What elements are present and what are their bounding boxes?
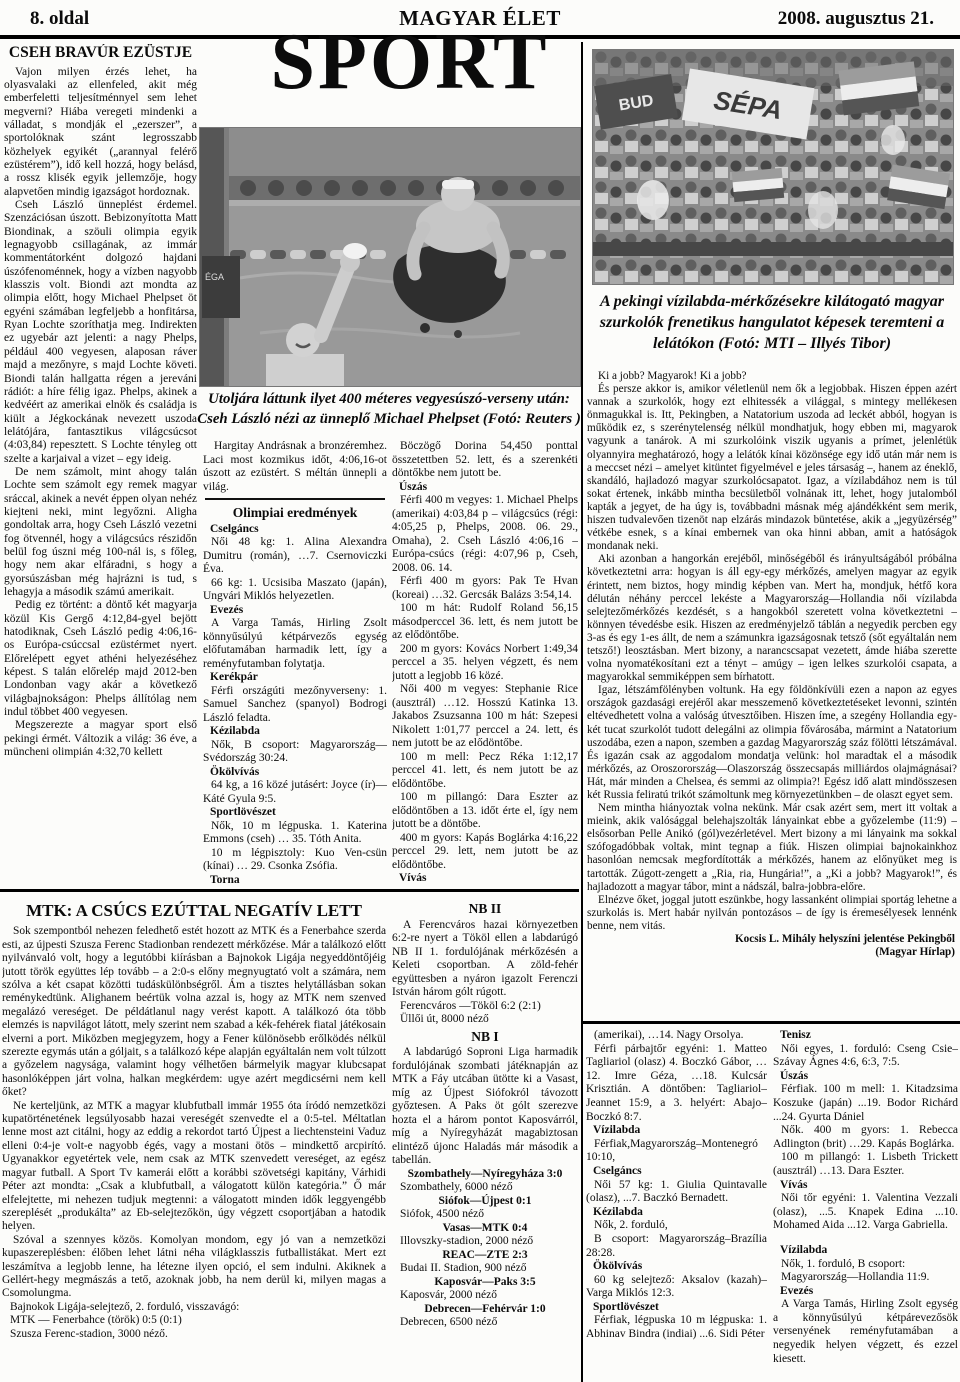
result-line: (amerikai), …14. Nagy Orsolya. <box>586 1029 767 1043</box>
result-line: 64 kg, a 16 közé jutásért: Joyce (ír)—Ká… <box>203 779 387 806</box>
nb-line: A labdarúgó Soproni Liga harmadik fordul… <box>392 1046 578 1168</box>
result-line: Sportlövészet <box>586 1301 767 1315</box>
mtk-article-title: MTK: A CSÚCS EZÚTTAL NEGATÍV LETT <box>2 901 386 921</box>
result-line: Olimpiai eredmények <box>203 503 387 523</box>
result-line: 200 m gyors: Kovács Norbert 1:49,34 perc… <box>392 643 578 684</box>
peking-article-paragraph: Elnézve őket, joggal jutott eszünkbe, ho… <box>587 894 957 933</box>
result-line: Cselgáncs <box>203 523 387 537</box>
result-line: Torna <box>203 874 387 887</box>
mtk-article-body: Sok szempontból nehezen feledhető estét … <box>2 925 386 1341</box>
cseh-article-paragraph: Megszerezte a magyar sport első pekingi … <box>4 719 197 759</box>
result-line: Férfi 400 m gyors: Pak Te Hvan (koreai) … <box>392 575 578 602</box>
result-line: Női 400 m vegyes: Stephanie Rice (ausztr… <box>392 683 578 751</box>
result-line: Kézilabda <box>203 725 387 739</box>
result-line: Cselgáncs <box>586 1165 767 1179</box>
nb-line: Debrecen—Fehérvár 1:0 <box>392 1303 578 1317</box>
mtk-article-paragraph: MTK — Fenerbahce (török) 0:5 (0:1) <box>2 1314 386 1327</box>
result-line: Vízilabda <box>586 1124 767 1138</box>
cseh-article: CSEH BRAVÚR EZÜSTJE Vajon milyen érzés l… <box>4 44 197 888</box>
nb-line: Siófok, 4500 néző <box>392 1208 578 1222</box>
caption-line-2: Cseh László nézi az ünneplő Michael Phel… <box>197 410 581 430</box>
nb-line: Szombathely—Nyíregyháza 3:0 <box>392 1168 578 1182</box>
result-line: 60 kg selejtező: Aksalov (kazah)– Varga … <box>586 1274 767 1301</box>
olympic-results-col2: Böczögő Dorina 54,450 ponttal összetettb… <box>392 440 578 887</box>
result-line: Magyarország—Hollandia 11:9. <box>773 1271 958 1285</box>
section-rule-left <box>0 889 579 892</box>
nb-line: Kaposvár, 2000 néző <box>392 1289 578 1303</box>
result-line: Vízilabda <box>773 1244 958 1258</box>
peking-article-paragraph: Igaz, létszámfölényben voltunk. Ha egy f… <box>587 684 957 802</box>
peking-article-paragraph: Aki azonban a hangorkán erejéből, minősé… <box>587 553 957 684</box>
nb-line: Üllői út, 8000 néző <box>392 1013 578 1027</box>
cseh-article-paragraph: Pedig ez történt: a döntő két magyarja k… <box>4 599 197 719</box>
caption-line-1: Utoljára láttunk ilyet 400 méteres vegye… <box>197 390 581 410</box>
result-line: Nők, 1. forduló, B csoport: <box>773 1258 958 1272</box>
swimmers-photo: ÉGA <box>200 128 580 386</box>
result-line: A Varga Tamás, Hirling Zsolt könnyűsúlyú… <box>203 617 387 671</box>
result-line: Ökölvívás <box>586 1260 767 1274</box>
result-line: Kerékpár <box>203 671 387 685</box>
result-line: A Varga Tamás, Hirling Zsolt egység a kö… <box>773 1298 958 1366</box>
mtk-article-paragraph: Ne kerteljünk, az MTK a magyar klubfutba… <box>2 1100 386 1234</box>
nb-line: Illovszky-stadion, 2000 néző <box>392 1235 578 1249</box>
nb-line: Szombathely, 6000 néző <box>392 1181 578 1195</box>
result-line: Nők. 400 m gyors: 1. Rebecca Adlington (… <box>773 1124 958 1151</box>
result-line: Férfiak,Magyarország–Montenegró 10:10, <box>586 1138 767 1165</box>
cseh-article-body: Vajon milyen érzés lehet, ha olyasvalaki… <box>4 66 197 760</box>
result-line: Úszás <box>392 481 578 495</box>
mtk-article-paragraph: Szóval a szennyes közös. Komolyan mondom… <box>2 1234 386 1301</box>
mtk-article-paragraph: Szusza Ferenc-stadion, 3000 néző. <box>2 1328 386 1341</box>
result-line: Vívás <box>773 1179 958 1193</box>
peking-article-paragraph: Ki a jobb? Magyarok! Ki a jobb? <box>587 370 957 383</box>
result-line: Evezés <box>773 1285 958 1299</box>
hungarian-flag <box>732 168 784 202</box>
cseh-article-paragraph: Vajon milyen érzés lehet, ha olyasvalaki… <box>4 66 197 199</box>
nb-line: A Ferencváros hazai környezetben 6:2-re … <box>392 919 578 1000</box>
result-line: Böczögő Dorina 54,450 ponttal összetettb… <box>392 440 578 481</box>
nb-line: Vasas—MTK 0:4 <box>392 1222 578 1236</box>
nb-line: Debrecen, 6500 néző <box>392 1316 578 1330</box>
result-line: 10 m légpisztoly: Kuo Ven-csün (kínai) …… <box>203 847 387 874</box>
result-line: 100 m mell: Pecz Réka 1:12,17 perccel 41… <box>392 751 578 792</box>
swimmers-photo-graphic: ÉGA <box>200 128 580 386</box>
timing-sign-label: ÉGA <box>205 272 224 282</box>
result-line: Vívás <box>392 872 578 886</box>
fans-photo: SÉPA BUD <box>593 50 953 284</box>
newspaper-page: 8. oldal MAGYAR ÉLET 2008. augusztus 21.… <box>0 0 960 1382</box>
result-line: 100 m hát: Rudolf Roland 56,15 másodperc… <box>392 602 578 643</box>
nb-line: REAC—ZTE 2:3 <box>392 1249 578 1263</box>
result-line: Úszás <box>773 1070 958 1084</box>
issue-date: 2008. augusztus 21. <box>778 8 934 30</box>
column-divider-rule <box>581 42 583 1382</box>
olympic-results-col3: (amerikai), …14. Nagy Orsolya.Férfi párb… <box>586 1029 767 1380</box>
result-line: Nők, 10 m légpuska. 1. Katerina Emmons (… <box>203 820 387 847</box>
result-line: Evezés <box>203 604 387 618</box>
olympic-results-col4: TeniszNői egyes, 1. forduló: Cseng Csie–… <box>773 1029 958 1380</box>
peking-article-paragraph: Kocsis L. Mihály helyszíni jelentése Pek… <box>587 933 957 946</box>
nb-line: NB I <box>392 1027 578 1047</box>
nb-line: Ferencváros —Tököl 6:2 (2:1) <box>392 1000 578 1014</box>
result-line: Ökölvívás <box>203 766 387 780</box>
nb-line: Siófok—Újpest 0:1 <box>392 1195 578 1209</box>
peking-article-paragraph: És persze akkor is, amikor véletlenül ne… <box>587 383 957 553</box>
cseh-article-title: CSEH BRAVÚR EZÜSTJE <box>4 44 197 63</box>
result-line: Férfiak, légpuska 10 m légpuska: 1. Abhi… <box>586 1314 767 1341</box>
result-line: B csoport: Magyarország–Brazília 28:28. <box>586 1233 767 1260</box>
result-line: Tenisz <box>773 1029 958 1043</box>
result-line: Női egyes, 1. forduló: Cseng Csie– Száva… <box>773 1043 958 1070</box>
result-line: Kézilabda <box>586 1206 767 1220</box>
result-line: Sportlövészet <box>203 806 387 820</box>
result-line: 100 m pillangó: Dara Eszter az elődöntőb… <box>392 791 578 832</box>
fans-photo-graphic: SÉPA BUD <box>593 50 953 284</box>
result-line: Női 57 kg: 1. Giulia Quintavalle (olasz)… <box>586 1179 767 1206</box>
hungarian-flag <box>838 61 919 115</box>
result-line: Női tőr egyéni: 1. Valentina Vezzali (ol… <box>773 1192 958 1233</box>
swimmers-photo-caption: Utoljára láttunk ilyet 400 méteres vegye… <box>197 390 581 430</box>
result-line: Férfiak. 100 m mell: 1. Kitadzsima Koszu… <box>773 1083 958 1124</box>
cseh-article-paragraph: Cseh László ünneplést érdemel. Szenzáció… <box>4 199 197 466</box>
nb-line: Kaposvár—Paks 3:5 <box>392 1276 578 1290</box>
mtk-article-paragraph: Sok szempontból nehezen feledhető estét … <box>2 925 386 1099</box>
result-line: Női 48 kg: 1. Alina Alexandra Dumitru (r… <box>203 536 387 577</box>
result-line: Férfi párbajtőr egyéni: 1. Matteo Taglia… <box>586 1043 767 1125</box>
peking-article-body: Ki a jobb? Magyarok! Ki a jobb?És persze… <box>587 370 957 1018</box>
page-number: 8. oldal <box>30 8 89 30</box>
result-line: Hargitay Andrásnak a bronzéremhez. Laci … <box>203 440 387 494</box>
nb-line: NB II <box>392 899 578 919</box>
olympic-results-col1: Hargitay Andrásnak a bronzéremhez. Laci … <box>203 440 387 887</box>
nb-line: Budai II. Stadion, 900 néző <box>392 1262 578 1276</box>
result-line: Férfi országúti mezőnyverseny: 1. Samuel… <box>203 685 387 726</box>
result-line <box>205 498 385 500</box>
peking-article-paragraph: Nem mintha hiányoztak volna nekünk. Már … <box>587 802 957 894</box>
result-line <box>773 1233 958 1244</box>
section-rule-right <box>581 1021 960 1024</box>
cseh-article-paragraph: De nem számolt, mint ahogy talán Lochte … <box>4 466 197 599</box>
peking-article-paragraph: (Magyar Hírlap) <box>587 946 957 959</box>
railing <box>593 242 953 256</box>
mtk-article-paragraph: Bajnokok Ligája-selejtező, 2. forduló, v… <box>2 1301 386 1314</box>
section-title-sport: SPORT <box>238 22 582 102</box>
peking-article-headline: A pekingi vízilabda-mérkőzésekre kilátog… <box>588 292 956 354</box>
result-line: 100 m pillangó: 1. Lisbeth Trickett (aus… <box>773 1151 958 1178</box>
mtk-article: MTK: A CSÚCS EZÚTTAL NEGATÍV LETT Sok sz… <box>2 899 386 1380</box>
result-line: Nők, B csoport: Magyarország—Svédország … <box>203 739 387 766</box>
result-line: 400 m gyors: Kapás Boglárka 4:16,22 perc… <box>392 832 578 873</box>
result-line: 66 kg: 1. Ucsisiba Maszato (japán), Ungv… <box>203 577 387 604</box>
result-line: Nők, 2. forduló, <box>586 1219 767 1233</box>
nb-results-column: NB IIA Ferencváros hazai környezetben 6:… <box>392 899 578 1380</box>
result-line: Férfi 400 m vegyes: 1. Michael Phelps (a… <box>392 494 578 575</box>
result-line: Női kard egyéni: 1. Mariel Zagunis <box>392 886 578 888</box>
